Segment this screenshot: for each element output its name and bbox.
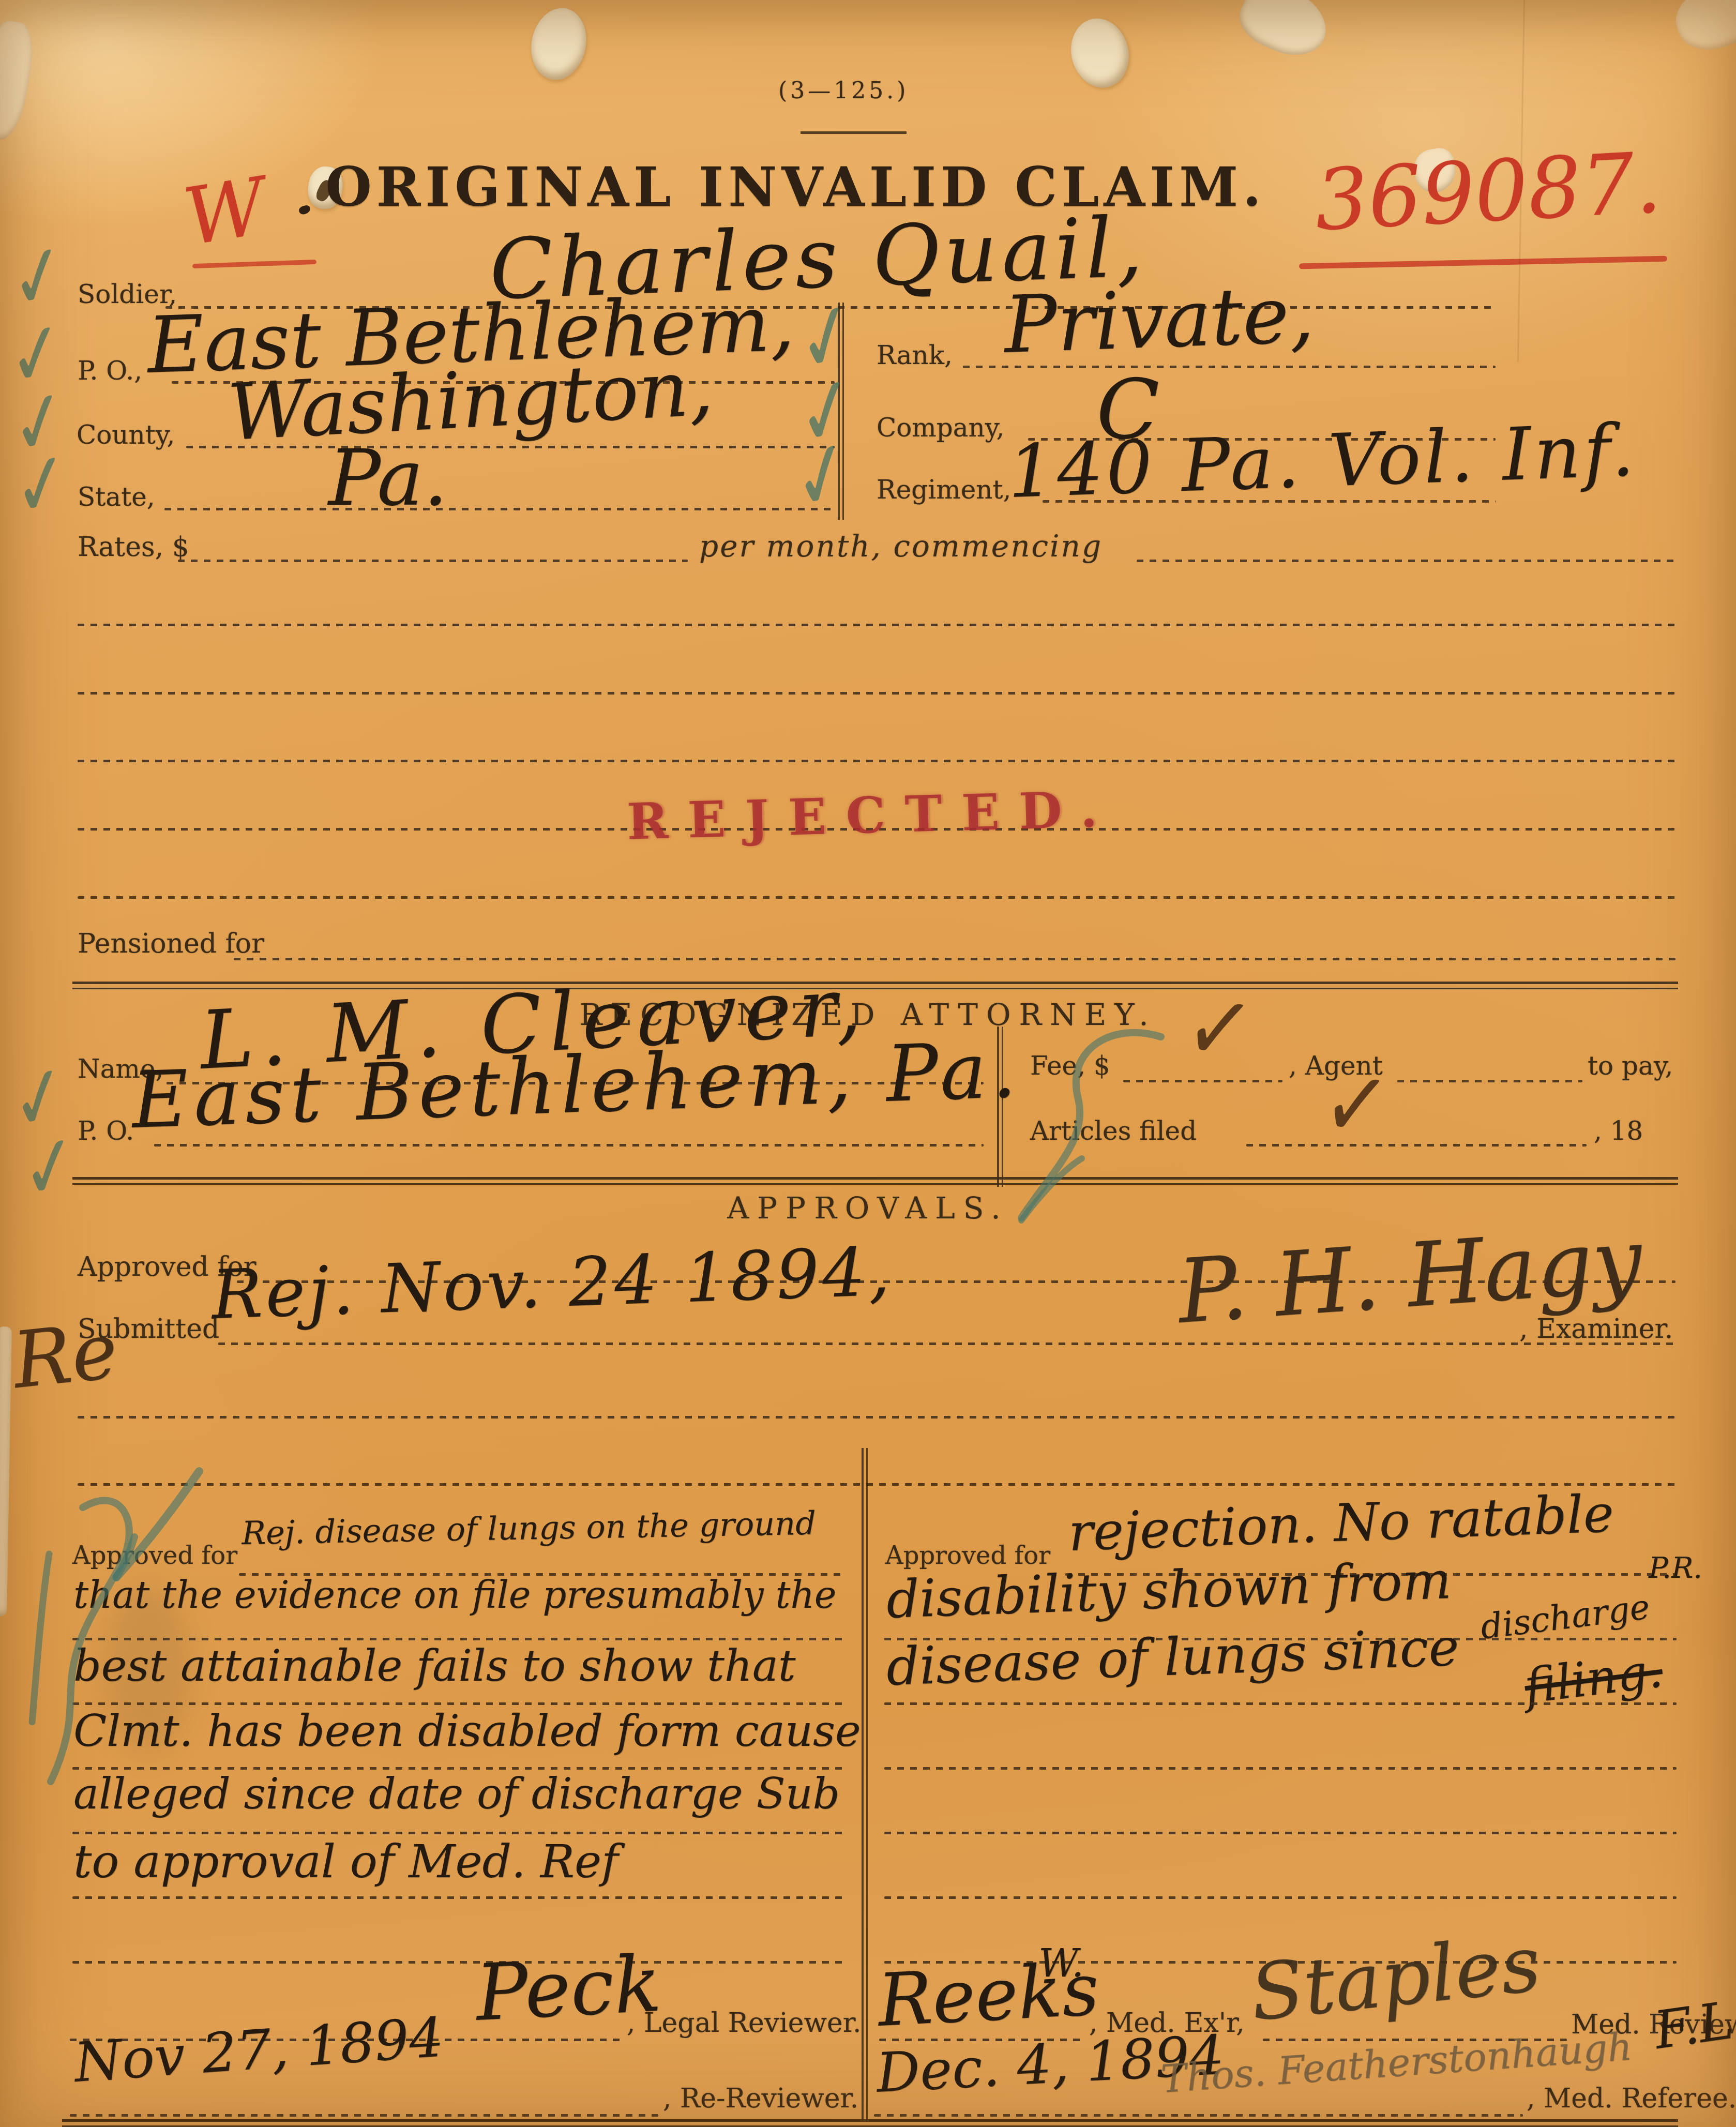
bottom-rule [62, 2119, 1678, 2127]
rank-label: Rank, [877, 340, 953, 370]
punch-hole [525, 3, 593, 85]
dotted-line [72, 1961, 843, 1964]
year-18-label: , 18 [1594, 1116, 1643, 1146]
dotted-line [1397, 1080, 1582, 1082]
company-label: Company, [877, 413, 1004, 443]
dotted-line [70, 2114, 658, 2117]
red-w-mark: W [178, 160, 272, 263]
articles-filed-label: Articles filed [1030, 1116, 1197, 1146]
approval-left-line: alleged since date of discharge Sub [73, 1770, 840, 1819]
dotted-line [884, 1767, 1677, 1770]
margin-scribble [32, 1554, 49, 1722]
dotted-line [1137, 560, 1674, 562]
to-pay-label: to pay, [1588, 1051, 1673, 1081]
approval-left-line: Rej. disease of lungs on the ground [241, 1504, 817, 1552]
torn-paper-edge [0, 18, 38, 143]
red-w-underline [192, 260, 316, 268]
attorney-po-label: P. O. [78, 1116, 134, 1146]
dotted-line [164, 508, 835, 510]
submitted-entry: Rej. Nov. 24 1894, [210, 1232, 894, 1334]
pensioned-for-label: Pensioned for [78, 928, 264, 959]
state-label: State, [78, 482, 155, 512]
approval-left-line: best attainable fails to show that [73, 1640, 796, 1691]
rejected-stamp: REJECTED. [626, 780, 1118, 851]
med-reviewer-signature: Staples [1246, 1919, 1545, 2039]
dotted-line [884, 1896, 1677, 1899]
dotted-line [72, 1896, 843, 1899]
check-mark: ✓ [8, 438, 76, 532]
legal-reviewer-label: , Legal Reviewer. [627, 2008, 861, 2039]
dotted-line [1246, 1144, 1587, 1147]
dotted-line [78, 896, 1675, 899]
dotted-line [154, 1144, 984, 1147]
dotted-line [72, 1832, 843, 1834]
dotted-line [884, 1702, 1677, 1705]
dotted-line [178, 560, 688, 562]
county-label: County, [77, 420, 175, 450]
approval-right-line: rejection. No ratable [1067, 1483, 1615, 1563]
fee-label: Fee, $ [1030, 1051, 1110, 1081]
punch-hole [1064, 12, 1136, 94]
approved-for-left-label: Approved for [72, 1541, 237, 1570]
approvals-divider [862, 1448, 868, 2120]
pension-claim-document: (3—125.) ORIGINAL INVALID CLAIM. 369087.… [0, 0, 1736, 2127]
ink-blot [298, 204, 311, 215]
extra-initials: F.L. [1651, 1988, 1736, 2061]
approval-right-line: disease of lungs since [885, 1617, 1460, 1697]
form-code: (3—125.) [778, 78, 909, 104]
rates-label: Rates, $ [78, 532, 189, 563]
dotted-line [884, 1832, 1677, 1834]
re-mark: Re [9, 1306, 122, 1406]
dotted-line [78, 1416, 1675, 1419]
check-mark: ✓ [1318, 1052, 1396, 1157]
torn-paper-patch [1231, 0, 1337, 67]
section-rule [72, 1177, 1678, 1185]
dotted-line [78, 692, 1675, 695]
dotted-line [78, 760, 1675, 762]
re-reviewer-label: , Re-Reviewer. [663, 2083, 858, 2114]
claim-number-underline [1299, 256, 1667, 269]
dotted-line [874, 2114, 1523, 2117]
per-month-label: per month, commencing [699, 529, 1103, 564]
med-exr-superscript: W. [1038, 1940, 1084, 1986]
form-code-rule [801, 131, 907, 134]
examiner-label: , Examiner. [1519, 1314, 1673, 1345]
state-value: Pa. [328, 433, 448, 523]
med-referee-label: , Med. Referee. [1527, 2083, 1736, 2114]
dotted-line [72, 1702, 843, 1705]
dotted-line [78, 624, 1675, 626]
torn-paper-edge [0, 1326, 12, 1616]
po-label: P. O., [78, 356, 142, 386]
dotted-line [234, 958, 1675, 960]
torn-paper-patch [1668, 0, 1736, 59]
rank-value: Private, [1003, 268, 1316, 371]
approval-right-initials: P.R. [1649, 1551, 1702, 1585]
dotted-line [218, 1342, 1675, 1345]
regiment-label: Regiment, [877, 475, 1011, 505]
approval-left-line: Clmt. has been disabled form cause [73, 1706, 861, 1756]
approval-left-line: to approval of Med. Ref [73, 1835, 618, 1888]
re-reviewer-date: Nov 27, 1894 [72, 2005, 445, 2094]
approval-left-line: that the evidence on file presumably the [73, 1573, 836, 1617]
claim-number: 369087. [1312, 134, 1664, 250]
dotted-line [78, 1483, 1675, 1486]
check-mark: ✓ [1179, 976, 1260, 1082]
